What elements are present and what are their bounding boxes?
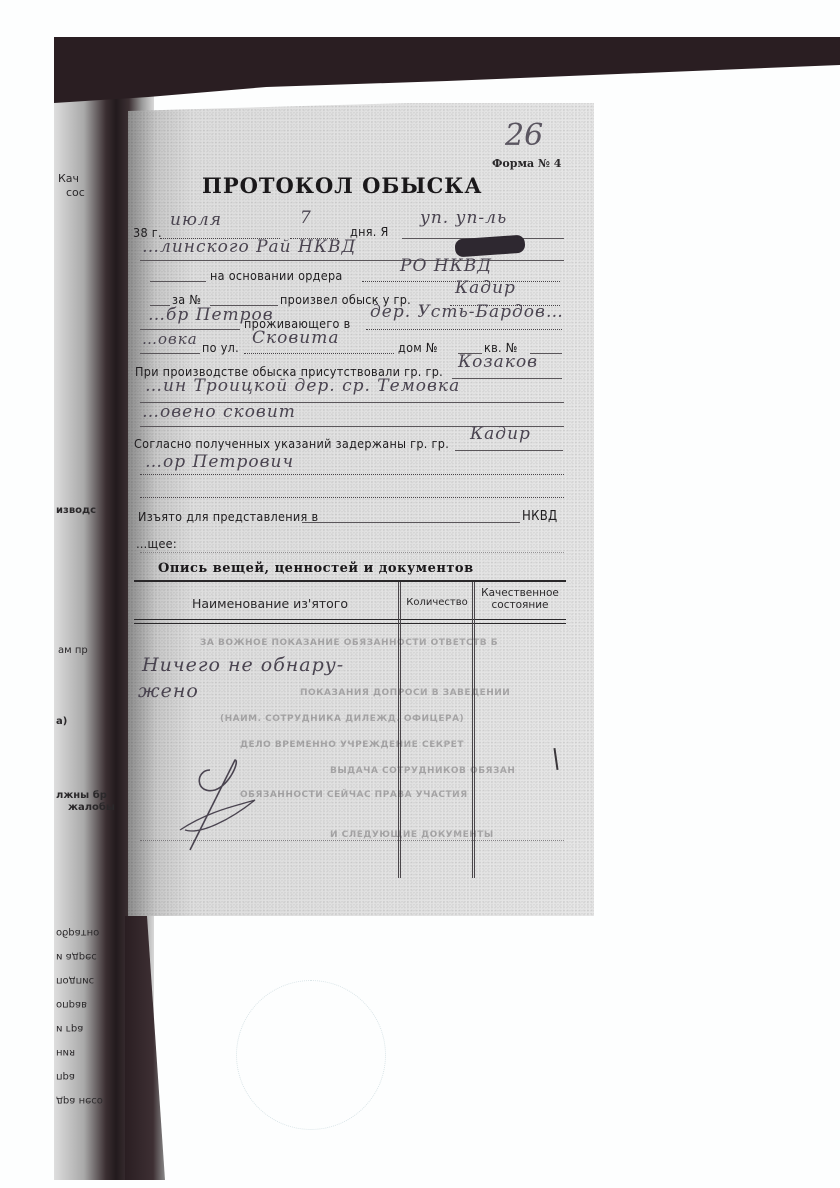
detained-surname-handwritten: Кадир: [470, 424, 531, 444]
col-header-name: Наименование из'ятого: [150, 598, 390, 610]
inventory-entry-handwritten: Ничего не обнару-: [142, 654, 344, 676]
following-label: …щее:: [136, 536, 177, 551]
reversed-line: пра: [56, 1064, 103, 1088]
taken-for-label: Изъято для представления в: [138, 509, 318, 524]
reversed-line: оправ: [56, 992, 103, 1016]
residence-cont-handwritten: …овка: [142, 330, 198, 348]
left-fragment-izvods: изводс: [56, 505, 96, 516]
taken-org: НКВД: [522, 509, 557, 524]
table-top-rule: [134, 580, 566, 582]
reversed-line: дра несо: [56, 1088, 103, 1112]
left-fragment-lzhny: лжны бр: [56, 790, 107, 801]
col-header-condition: Качественное состояние: [478, 587, 562, 611]
book-spine-lower: [125, 916, 165, 1180]
table-header-rule-2: [134, 623, 566, 624]
bleed-through-text: ПОКАЗАНИЯ ДОПРОСИ В ЗАВЕДЕНИИ: [300, 688, 510, 698]
officer-rank-handwritten: уп. уп-ль: [420, 208, 507, 228]
reversed-line: ния: [56, 1040, 103, 1064]
left-fragment-kach: Кач: [58, 172, 79, 185]
detained-label: Согласно полученных указаний задержаны г…: [134, 436, 449, 451]
street-label: по ул.: [202, 340, 239, 355]
bleed-through-text: ЗА ВОЖНОЕ ПОКАЗАНИЕ ОБЯЗАННОСТИ ОТВЕТСТВ…: [200, 638, 498, 648]
left-fragment-am: ам пр: [58, 645, 88, 656]
inventory-entry-cont-handwritten: жено: [138, 680, 199, 702]
suspect-surname-handwritten: Кадир: [455, 278, 516, 298]
witness-3-handwritten: …овено сковит: [142, 402, 296, 422]
officer-office-handwritten: …линского Рай НКВД: [142, 237, 356, 257]
month-handwritten: июля: [170, 210, 222, 230]
document-title: ПРОТОКОЛ ОБЫСКА: [202, 173, 483, 198]
reversed-line: подпис: [56, 968, 103, 992]
sheet-number: 26: [505, 118, 543, 153]
bleed-through-text: ВЫДАЧА СОТРУДНИКОВ ОБЯЗАН: [330, 766, 515, 776]
inventory-heading: Опись вещей, ценностей и документов: [158, 561, 474, 576]
reversed-line: и адрес: [56, 944, 103, 968]
order-label: на основании ордера: [210, 268, 343, 283]
left-fragment-zhaloby: жалобы: [68, 802, 115, 813]
residence-handwritten: дер. Усть-Бардов…: [370, 302, 564, 322]
bleed-through-text: (НАИМ. СОТРУДНИКА ДИЛЕЖД. ОФИЦЕРА): [220, 714, 464, 724]
street-handwritten: Сковита: [252, 328, 340, 348]
form-number: Форма № 4: [492, 157, 561, 170]
table-header-rule: [134, 619, 566, 620]
house-label: дом №: [398, 340, 438, 355]
officer-signature: [170, 740, 290, 860]
detained-name-handwritten: …ор Петрович: [145, 452, 294, 472]
witness-1-handwritten: Козаков: [458, 352, 538, 372]
witness-2-handwritten: …ин Троицкой дер. ср. Темовка: [145, 376, 460, 396]
day-handwritten: 7: [300, 208, 312, 228]
left-fragment-a: а): [56, 716, 67, 727]
reversed-text-block: дра несо пра ния и гра оправ подпис и ад…: [56, 920, 103, 1112]
left-fragment-sos: сос: [66, 186, 85, 199]
scanner-top-shadow: [54, 37, 840, 103]
reversed-line: и гра: [56, 1016, 103, 1040]
bleed-through-text: И СЛЕДУЮЩИЕ ДОКУМЕНТЫ: [330, 830, 494, 840]
order-issuer-handwritten: РО НКВД: [400, 256, 492, 276]
reversed-line: обратно: [56, 920, 103, 944]
faint-stamp: [236, 980, 386, 1130]
col-header-quantity: Количество: [402, 597, 472, 609]
